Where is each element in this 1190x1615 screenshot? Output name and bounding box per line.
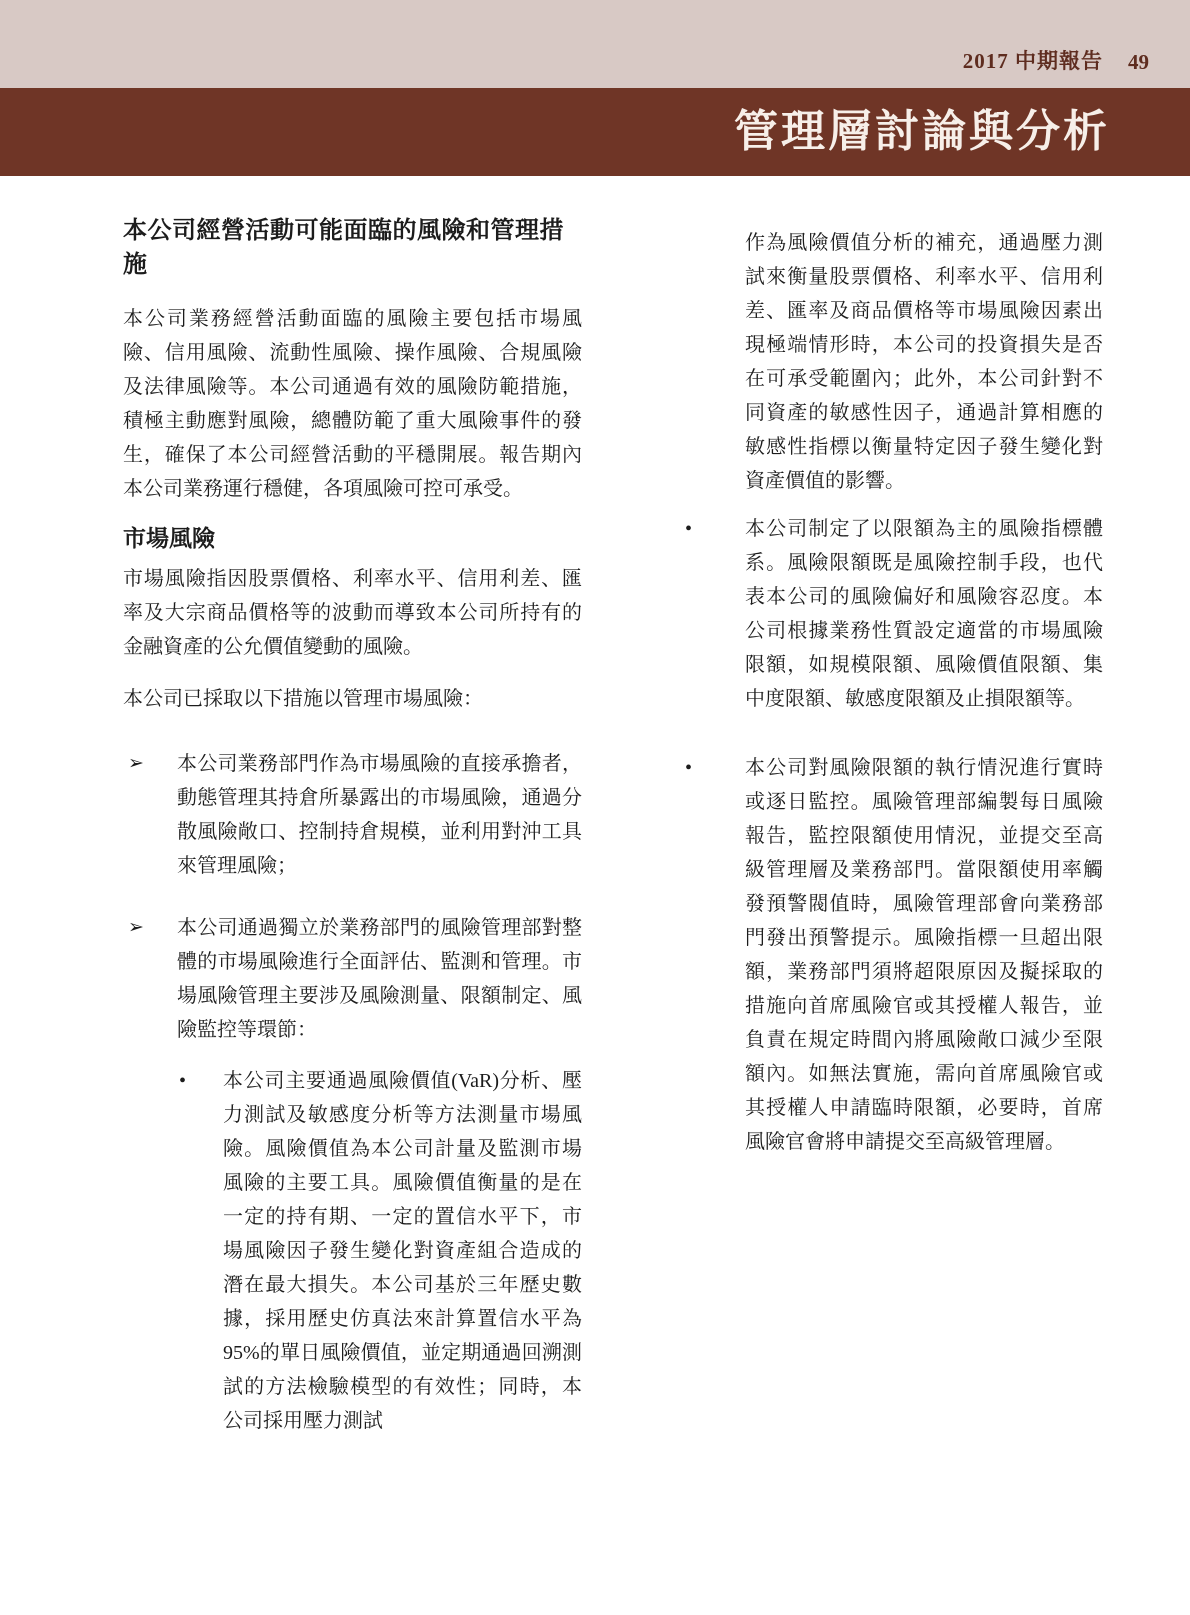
dot-bullet-limit-monitoring: • 本公司對風險限額的執行情況進行實時或逐日監控。風險管理部編製每日風險報告，監… [685,751,1103,1159]
arrow-bullet-text: 本公司通過獨立於業務部門的風險管理部對整體的市場風險進行全面評估、監測和管理。市… [177,917,582,1041]
dot-bullet-icon: • [179,1064,186,1098]
paragraph-stress-test-continuation: 作為風險價值分析的補充，通過壓力測試來衡量股票價格、利率水平、信用利差、匯率及商… [685,226,1103,498]
section-banner-title: 管理層討論與分析 [734,110,1110,154]
section-heading-market-risk: 市場風險 [123,522,582,556]
left-column: 本公司經營活動可能面臨的風險和管理措施 本公司業務經營活動面臨的風險主要包括市場… [123,214,582,1438]
report-title: 2017 中期報告 [963,45,1103,75]
arrow-bullet-icon: ➢ [128,911,144,945]
dot-bullet-var-analysis: • 本公司主要通過風險價值(VaR)分析、壓力測試及敏感度分析等方法測量市場風險… [123,1064,582,1438]
paragraph-risk-overview: 本公司業務經營活動面臨的風險主要包括市場風險、信用風險、流動性風險、操作風險、合… [123,302,582,506]
paragraph-measures-intro: 本公司已採取以下措施以管理市場風險： [123,682,582,716]
page-number: 49 [1128,50,1149,75]
right-column: 作為風險價值分析的補充，通過壓力測試來衡量股票價格、利率水平、信用利差、匯率及商… [685,226,1103,1159]
report-page: 2017 中期報告 49 管理層討論與分析 本公司經營活動可能面臨的風險和管理措… [0,0,1190,1615]
paragraph-market-risk-definition: 市場風險指因股票價格、利率水平、信用利差、匯率及大宗商品價格等的波動而導致本公司… [123,562,582,664]
arrow-bullet-text: 本公司業務部門作為市場風險的直接承擔者，動態管理其持倉所暴露出的市場風險，通過分… [177,753,582,877]
dot-bullet-text: 本公司對風險限額的執行情況進行實時或逐日監控。風險管理部編製每日風險報告，監控限… [745,757,1103,1153]
arrow-bullet-icon: ➢ [128,747,144,781]
section-heading-risks-and-measures: 本公司經營活動可能面臨的風險和管理措施 [123,214,582,282]
dot-bullet-text: 本公司主要通過風險價值(VaR)分析、壓力測試及敏感度分析等方法測量市場風險。風… [223,1070,582,1432]
page-header-band: 2017 中期報告 49 [0,0,1190,88]
section-banner: 管理層討論與分析 [0,88,1190,176]
dot-bullet-text: 本公司制定了以限額為主的風險指標體系。風險限額既是風險控制手段，也代表本公司的風… [745,518,1103,710]
arrow-bullet-business-departments: ➢ 本公司業務部門作為市場風險的直接承擔者，動態管理其持倉所暴露出的市場風險，通… [123,747,582,883]
dot-bullet-icon: • [685,751,692,785]
dot-bullet-risk-limit-system: • 本公司制定了以限額為主的風險指標體系。風險限額既是風險控制手段，也代表本公司… [685,512,1103,716]
arrow-bullet-risk-management-dept: ➢ 本公司通過獨立於業務部門的風險管理部對整體的市場風險進行全面評估、監測和管理… [123,911,582,1047]
dot-bullet-icon: • [685,512,692,546]
